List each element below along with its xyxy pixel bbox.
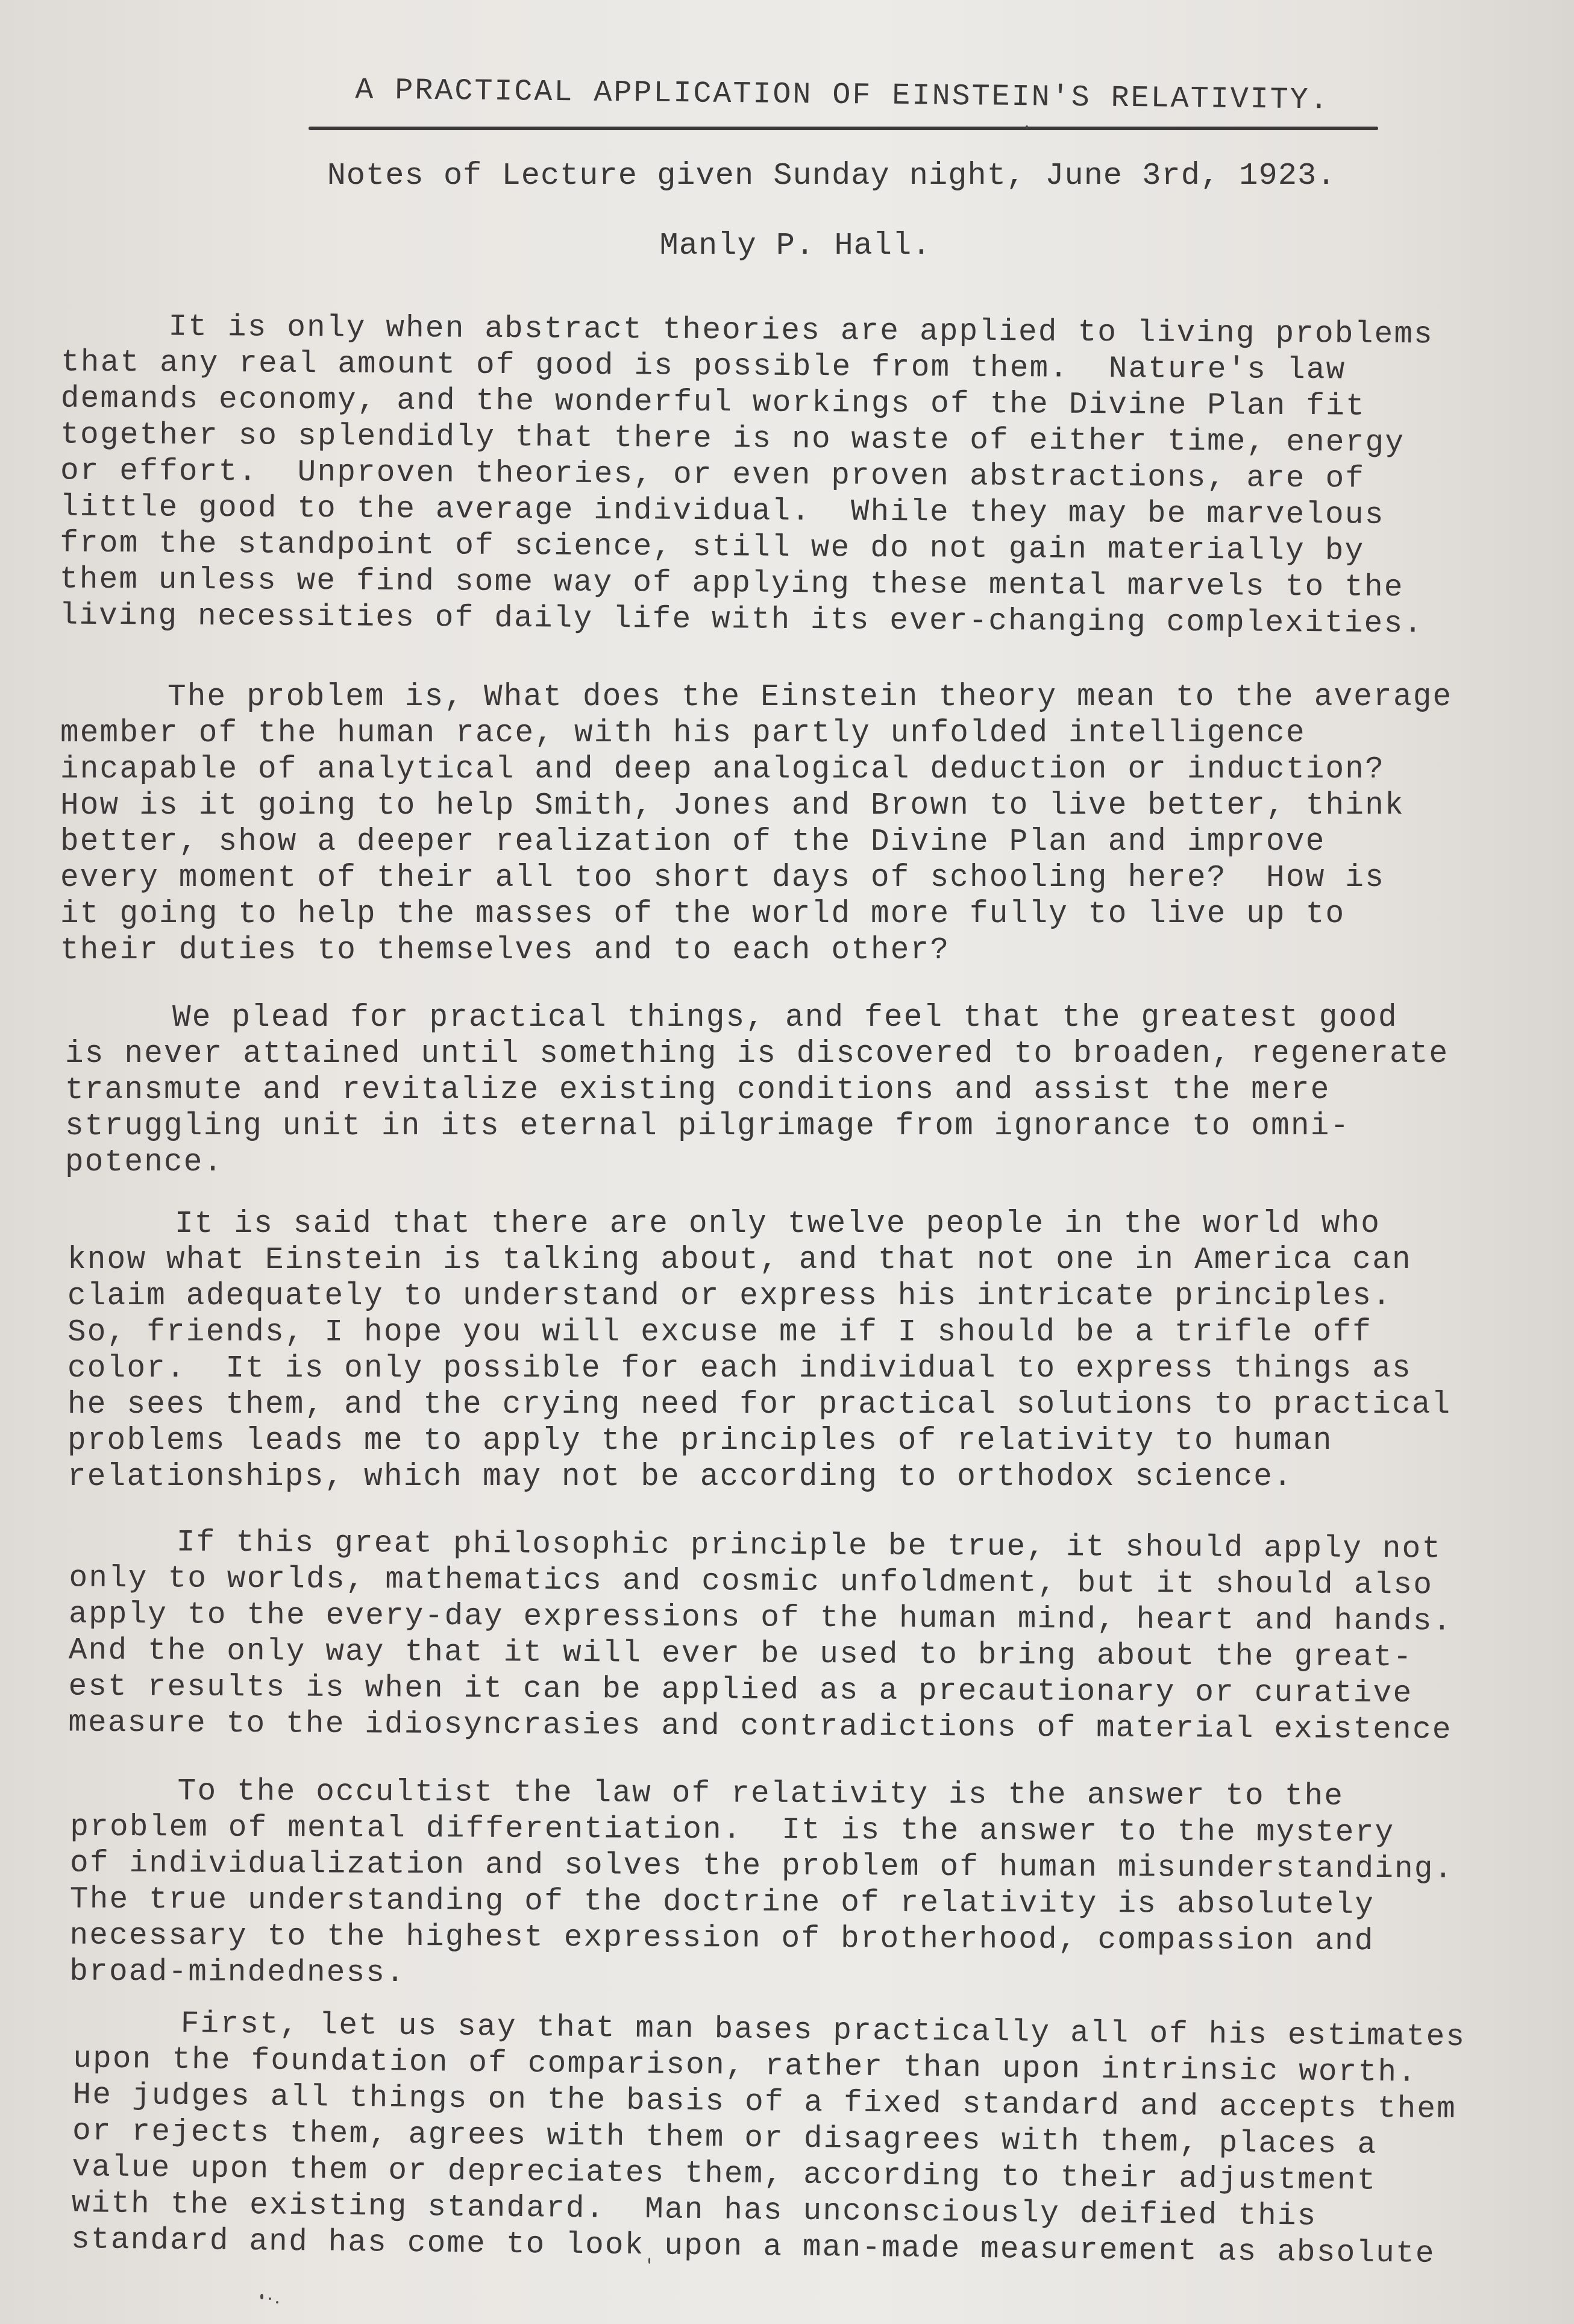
text-line: So, friends, I hope you will excuse me i… (67, 1315, 1550, 1351)
text-line: It is said that there are only twelve pe… (67, 1207, 1550, 1243)
text-line: it going to help the masses of the world… (60, 897, 1543, 933)
document-title: A PRACTICAL APPLICATION OF EINSTEIN'S RE… (306, 73, 1379, 119)
paragraph-1: It is only when abstract theories are ap… (59, 309, 1543, 643)
ink-speck (1026, 125, 1028, 129)
text-line: How is it going to help Smith, Jones and… (60, 788, 1543, 824)
text-line: problem of mental differentiation. It is… (70, 1810, 1552, 1853)
text-line: potence. (65, 1145, 1547, 1181)
paragraph-7: First, let us say that man bases practic… (71, 2005, 1556, 2274)
paragraph-3: We plead for practical things, and feel … (65, 1000, 1547, 1181)
text-line: he sees them, and the crying need for pr… (67, 1387, 1550, 1424)
text-line: struggling unit in its eternal pilgrimag… (65, 1109, 1547, 1145)
text-line: We plead for practical things, and feel … (65, 1000, 1547, 1037)
ink-speck (648, 2258, 650, 2264)
text-line: better, show a deeper realization of the… (60, 824, 1543, 861)
author-name: Manly P. Hall. (603, 228, 988, 263)
paragraph-5: If this great philosophic principle be t… (68, 1525, 1552, 1750)
typewritten-page: A PRACTICAL APPLICATION OF EINSTEIN'S RE… (0, 0, 1574, 2324)
text-line: The problem is, What does the Einstein t… (60, 680, 1543, 716)
text-line: every moment of their all too short days… (60, 861, 1543, 897)
text-line: color. It is only possible for each indi… (67, 1351, 1550, 1387)
paragraph-4: It is said that there are only twelve pe… (67, 1207, 1550, 1496)
ink-speck (276, 2301, 278, 2304)
text-line: necessary to the highest expression of b… (69, 1918, 1552, 1961)
text-line: broad-mindedness. (69, 1955, 1552, 1997)
ink-speck (260, 2294, 263, 2299)
text-line: of individualization and solves the prob… (70, 1846, 1552, 1889)
ink-speck (269, 2297, 271, 2300)
lecture-subtitle: Notes of Lecture given Sunday night, Jun… (265, 158, 1398, 193)
text-line: transmute and revitalize existing condit… (65, 1073, 1547, 1109)
text-line: know what Einstein is talking about, and… (67, 1243, 1550, 1279)
text-line: incapable of analytical and deep analogi… (60, 752, 1543, 788)
text-line: claim adequately to understand or expres… (67, 1279, 1550, 1315)
paragraph-6: To the occultist the law of relativity i… (69, 1774, 1553, 1997)
text-line: measure to the idiosyncrasies and contra… (68, 1706, 1550, 1750)
paragraph-2: The problem is, What does the Einstein t… (60, 680, 1543, 969)
title-underline (309, 127, 1378, 130)
text-line: To the occultist the law of relativity i… (71, 1774, 1553, 1817)
text-line: member of the human race, with his partl… (60, 716, 1543, 752)
text-line: is never attained until something is dis… (65, 1037, 1547, 1073)
text-line: problems leads me to apply the principle… (67, 1424, 1550, 1460)
text-line: relationships, which may not be accordin… (67, 1460, 1550, 1496)
text-line: their duties to themselves and to each o… (60, 933, 1543, 969)
text-line: The true understanding of the doctrine o… (70, 1882, 1552, 1925)
